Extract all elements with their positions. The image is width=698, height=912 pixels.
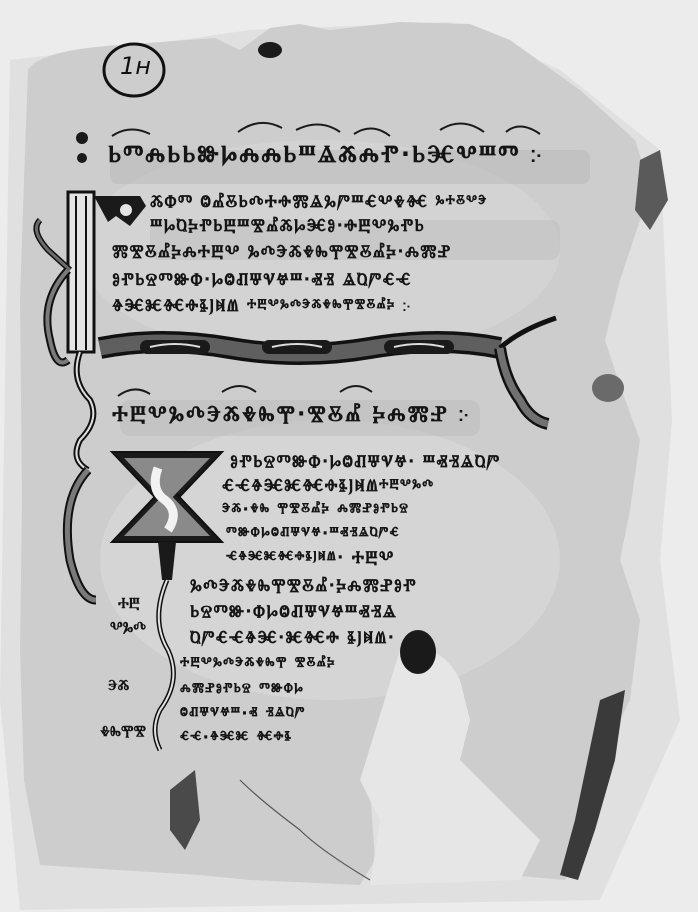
text-line: ⰑⰒⰓⰔⰕⰖⰗ·ⰘⰙⰚⰛⰜⰝⰞ·ⰟⰠ ⰡⰢⰣⰤⰥ — [112, 270, 412, 290]
margin-note: ⰀⰁ — [118, 594, 140, 612]
text-line: ⰰⰱⰲⰳⰴⰵⰶⰷⰸⰹ ⰺⰻⰼⰽ — [180, 654, 336, 674]
text-line: ⱅⱆⱇⱈⱉⱊⱋⱌⱍ·ⱎⱏⱐⱑⱒⱓⱔ — [226, 524, 400, 544]
section-heading: ⰀⰁⰂⰃⰄⰅⰆⰇⰈⰉ·ⰊⰋⰌ ⰍⰎⰏⰐ ჻ — [112, 402, 470, 427]
text-line: ⰓⰔⰕⰖ·ⰗⰘⰙⰚⰛⰜⰝⰞⰟⰠⰡ — [190, 602, 397, 622]
ink-stain — [400, 630, 436, 674]
text-line: ⱔⱕ·ⱖⱗⱘ ⱙⱚⱛ — [180, 728, 292, 748]
text-line: ⰆⰗⰕ ⰙⰌⰋⰓⰄⰀⰪⰏⰡⰃⰣⰞⰤⰂⰇⰩ ⰳⰰⰻⰲⰵ — [150, 192, 488, 212]
text-line: ⱕⱖⱗⱘⱙⱚⱛⱜⱝⱞ· ⰀⰁⰂ — [226, 548, 394, 568]
text-line: ⱉⱊⱋⱌⱍⱎ·ⱏ ⱐⱑⱒⱓ — [180, 704, 306, 724]
text-line: ⰃⰄⰅⰆⰇⰈⰉⰊⰋⰌ·ⰍⰎⰏⰐⰑⰒ — [190, 576, 417, 596]
text-line: ⰏⰊⰋⰌⰍⰎⰀⰁⰂ ⰃⰄⰅⰆⰇⰈⰉⰊⰋⰌⰍ·ⰎⰏⰐ — [112, 242, 452, 262]
punctuation-dot — [76, 132, 88, 144]
margin-note: ⰂⰃⰄ — [110, 618, 146, 636]
folio-mark: 1н — [120, 52, 151, 80]
margin-note: ⰅⰆ — [108, 676, 129, 694]
stain-spot — [592, 374, 624, 402]
text-line: ⰑⰒⰓⰔⰕⰖⰗ·ⰘⰙⰚⰛⰜⰝ· ⰞⰟⰠⰡⰢⰣ — [230, 452, 501, 472]
headline-text: ⰓⰕⰎⰓⰓⰖⰘⰎⰎⰓⰞⰡⰆⰎⰒ·ⰓⰧⰂⰞⰕ ჻ — [108, 140, 543, 168]
margin-note: ⰇⰈⰉⰊ — [100, 722, 146, 740]
text-line: ⰤⰥⰦⰧⰨⰩⰪⰫⰬⰭⰮⰰⰱⰲⰳⰴ — [222, 476, 434, 496]
text-line: ⰦⰧⰨⰩⰪⰫⰬⰭⰮ ⰰⰱⰲⰳⰴⰵⰶⰷⰸⰹⰺⰻⰼⰽ ჻ — [112, 296, 411, 316]
text-line: ⰾⰿⱀⱁⱂⱃⱄ ⱅⱆⱇⱈ — [180, 680, 304, 700]
text-line: ⰵⰶ·ⰷⰸ ⰹⰺⰻⰼⰽ ⰾⰿⱀⱁⱂⱃⱄ — [222, 500, 409, 520]
text-line: ⰞⰘⰢⰍⰒⰓⰁⰞⰊⰌⰆⰘⰧⰑ·ⰪⰁⰂⰃⰒⰓ — [150, 216, 425, 236]
text-line: ⰢⰣⰤⰥⰦⰧ·ⰨⰩⰪ ⰫⰬⰭⰮ· — [190, 628, 395, 648]
